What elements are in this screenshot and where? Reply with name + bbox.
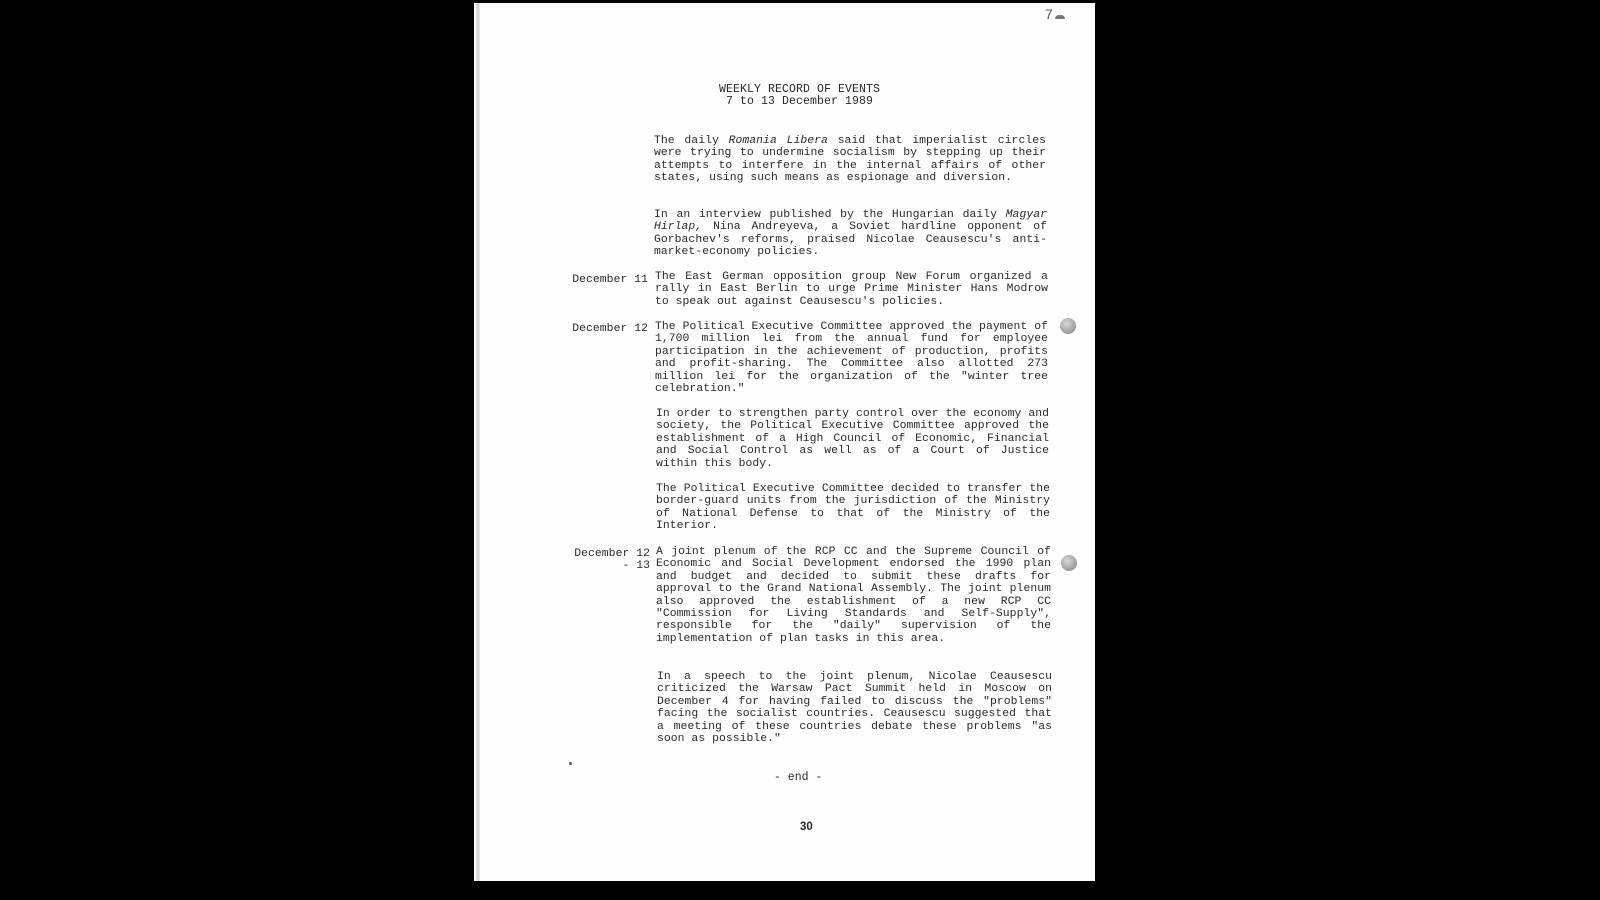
paragraph-text: In an interview published by the Hungari…	[654, 209, 1006, 221]
entry-date: December 11	[558, 274, 648, 286]
entry-paragraph: The Political Executive Committee approv…	[655, 321, 1048, 395]
page-edge	[476, 3, 480, 881]
paragraph-text: A joint plenum of the RCP CC and the Sup…	[656, 546, 1051, 645]
entry-paragraph: A joint plenum of the RCP CC and the Sup…	[656, 546, 1051, 645]
document-page: 7 WEEKLY RECORD OF EVENTS 7 to 13 Decemb…	[474, 3, 1095, 881]
paragraph-text: The East German opposition group New For…	[655, 271, 1048, 308]
paragraph-text: The Political Executive Committee approv…	[655, 321, 1048, 395]
page-number: 30	[800, 821, 813, 833]
paragraph-text: The Political Executive Committee decide…	[656, 483, 1050, 532]
newspaper-name: Romania Libera	[729, 135, 828, 147]
entry-paragraph: In a speech to the joint plenum, Nicolae…	[657, 671, 1052, 745]
end-marker: - end -	[774, 771, 822, 784]
entry-paragraph: In order to strengthen party control ove…	[656, 408, 1049, 470]
punch-hole	[1061, 555, 1077, 571]
paragraph-text: The daily	[654, 135, 729, 147]
document-subtitle: 7 to 13 December 1989	[474, 96, 1125, 108]
paragraph-text: Nina Andreyeva, a Soviet hardline oppone…	[654, 221, 1047, 258]
entry-paragraph: The East German opposition group New For…	[655, 271, 1048, 308]
entry-date: December 12 - 13	[560, 548, 650, 573]
punch-hole	[1060, 318, 1076, 334]
entry-date: December 12	[558, 323, 648, 335]
corner-mark: 7	[1045, 6, 1065, 22]
paragraph-text: In order to strengthen party control ove…	[656, 408, 1049, 470]
document-header: WEEKLY RECORD OF EVENTS 7 to 13 December…	[474, 84, 1125, 108]
corner-mark-text: 7	[1045, 6, 1053, 22]
ink-blob	[1055, 15, 1065, 19]
entry-paragraph: The Political Executive Committee decide…	[656, 483, 1050, 533]
entry-paragraph: The daily Romania Libera said that imper…	[654, 135, 1046, 185]
paragraph-text: In a speech to the joint plenum, Nicolae…	[657, 671, 1052, 745]
ink-speck	[569, 762, 572, 765]
entry-paragraph: In an interview published by the Hungari…	[654, 209, 1047, 259]
